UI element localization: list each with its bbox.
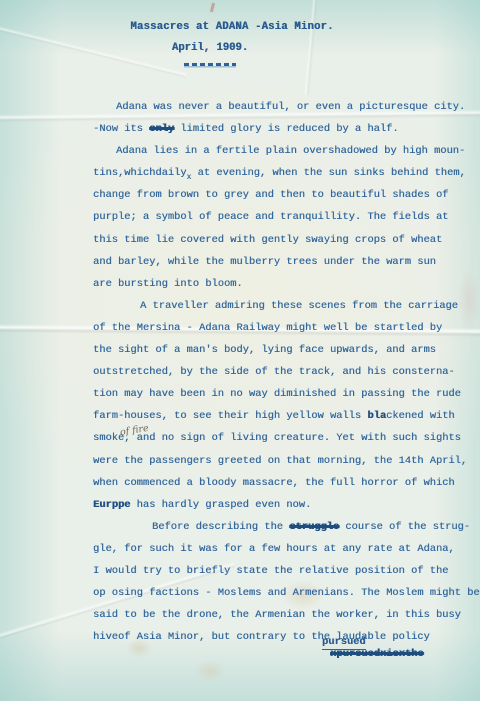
document-line: gle, for such it was for a few hours at … (0, 538, 480, 560)
document-line: the sight of a man's body, lying face up… (0, 339, 480, 361)
document-line: Eurppe has hardly grasped even now. (0, 494, 480, 516)
document-line: purple; a symbol of peace and tranquilli… (0, 206, 480, 228)
document-line: Adana was never a beautiful, or even a p… (0, 96, 480, 118)
text-segment: I would try to briefly state the relativ… (93, 565, 448, 577)
document-line: were the passengers greeted on that morn… (0, 450, 480, 472)
ink-mark (210, 3, 215, 12)
title-divider-dashes (184, 63, 236, 66)
text-segment: -Now its (93, 123, 149, 135)
document-line: tion may have been in no way diminished … (0, 383, 480, 405)
text-segment: when commenced a bloody massacre, the fu… (93, 477, 455, 489)
document-line: I would try to briefly state the relativ… (0, 560, 480, 582)
text-segment: Adana lies in a fertile plain overshadow… (116, 145, 465, 157)
document-line: -Now its only limited glory is reduced b… (0, 118, 480, 140)
overtyped-bold-text: Eurppe (93, 499, 130, 511)
document-line: op osing factions - Moslems and Armenian… (0, 582, 480, 604)
text-segment: change from brown to grey and then to be… (93, 189, 448, 201)
text-segment: tion may have been in no way diminished … (93, 388, 461, 400)
text-segment: op osing factions - Moslems and Armenian… (93, 587, 480, 599)
document-line: Adana lies in a fertile plain overshadow… (0, 140, 480, 162)
text-segment: and barley, while the mulberry trees und… (93, 256, 436, 268)
text-segment: has hardly grasped even now. (130, 499, 311, 511)
text-segment: Before describing the (152, 521, 289, 533)
text-segment: are bursting into bloom. (93, 278, 243, 290)
document-page: Massacres at ADANA -Asia Minor. April, 1… (0, 0, 480, 701)
document-body: Adana was never a beautiful, or even a p… (0, 96, 480, 660)
document-line: smokeof fire, and no sign of living crea… (0, 427, 480, 449)
document-line: outstretched, by the side of the track, … (0, 361, 480, 383)
text-segment: purple; a symbol of peace and tranquilli… (93, 211, 448, 223)
document-line: A traveller admiring these scenes from t… (0, 295, 480, 317)
text-segment: at evening, when the sun sinks behind th… (191, 167, 465, 179)
text-segment: ckened with (386, 410, 455, 422)
document-line: of the Mersina - Adana Railway might wel… (0, 317, 480, 339)
text-segment: Adana was never a beautiful, or even a p… (116, 101, 465, 113)
text-segment: hiveof Asia Minor, but contrary to the l… (93, 631, 430, 643)
document-line: change from brown to grey and then to be… (0, 184, 480, 206)
document-line: and barley, while the mulberry trees und… (0, 251, 480, 273)
text-segment: said to be the drone, the Armenian the w… (93, 609, 461, 621)
document-line: are bursting into bloom. (0, 273, 480, 295)
text-segment: , and no sign of living creature. Yet wi… (124, 432, 461, 444)
text-segment: course of the strug- (339, 521, 470, 533)
document-line: xpursuedxisxthe (0, 648, 480, 660)
text-segment: A traveller admiring these scenes from t… (140, 300, 458, 312)
strikethrough-text: only (149, 123, 174, 135)
document-title: Massacres at ADANA -Asia Minor. (0, 21, 472, 33)
document-line: tins,whichdailyx at evening, when the su… (0, 162, 480, 184)
document-line: when commenced a bloody massacre, the fu… (0, 472, 480, 494)
document-date: April, 1909. (0, 42, 450, 54)
text-segment: were the passengers greeted on that morn… (93, 455, 467, 467)
text-segment: of the Mersina - Adana Railway might wel… (93, 322, 442, 334)
document-line: Before describing the struggle course of… (0, 516, 480, 538)
document-line: said to be the drone, the Armenian the w… (0, 604, 480, 626)
text-segment: limited glory is reduced by a half. (174, 123, 398, 135)
text-segment: outstretched, by the side of the track, … (93, 366, 455, 378)
strikethrough-text: xpursuedxisxthe (330, 648, 424, 660)
text-segment: this time lie covered with gently swayin… (93, 234, 442, 246)
text-segment: gle, for such it was for a few hours at … (93, 543, 455, 555)
document-line: farm-houses, to see their high yellow wa… (0, 405, 480, 427)
strikethrough-text: struggle (289, 521, 339, 533)
document-line: this time lie covered with gently swayin… (0, 229, 480, 251)
paper-stain (194, 660, 226, 682)
text-segment: the sight of a man's body, lying face up… (93, 344, 436, 356)
text-segment: tins,whichdaily (93, 167, 187, 179)
overtyped-bold-text: bla (367, 410, 386, 422)
